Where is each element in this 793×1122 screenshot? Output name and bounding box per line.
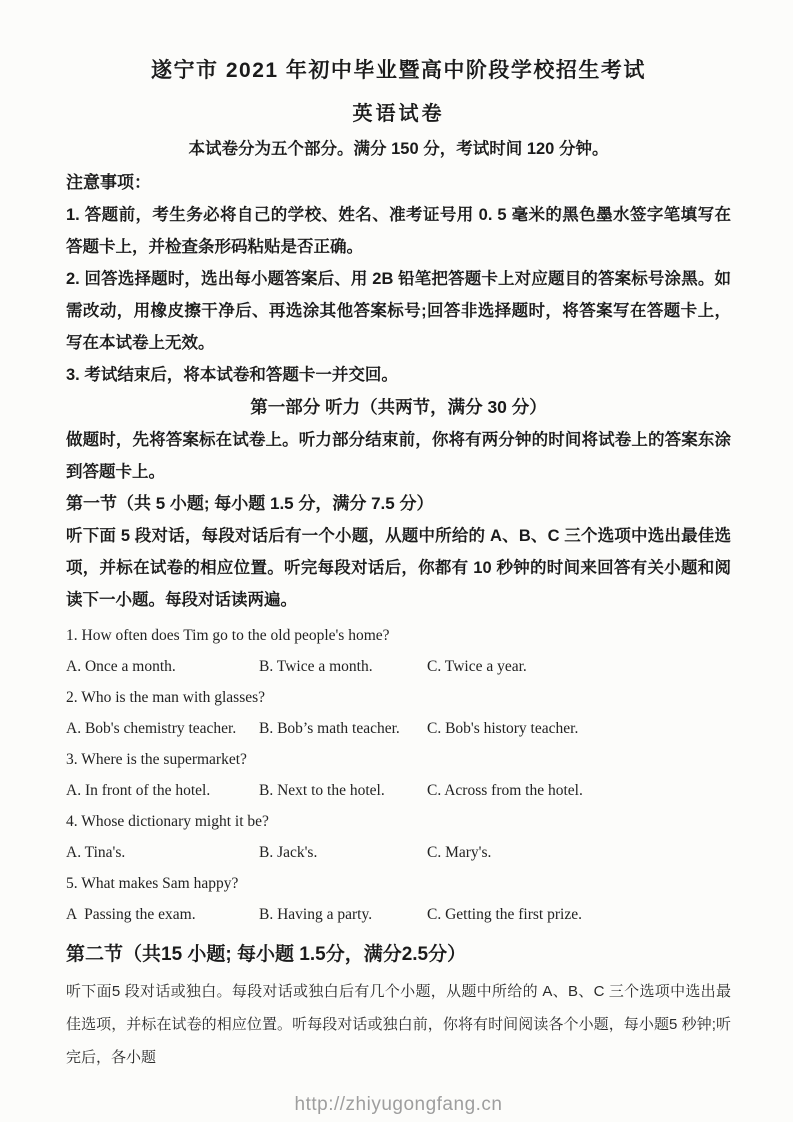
question-5-options: A Passing the exam. B. Having a party. C… <box>66 899 731 930</box>
notice-heading: 注意事项： <box>66 167 731 199</box>
question-1: 1. How often does Tim go to the old peop… <box>66 620 731 682</box>
part1-intro: 做题时，先将答案标在试卷上。听力部分结束前，你将有两分钟的时间将试卷上的答案东涂… <box>66 424 731 488</box>
question-1-options: A. Once a month. B. Twice a month. C. Tw… <box>66 651 731 682</box>
question-5-option-c: C. Getting the first prize. <box>427 899 731 930</box>
notice-item-1: 1. 答题前，考生务必将自己的学校、姓名、准考证号用 0. 5 毫米的黑色墨水签… <box>66 199 731 263</box>
question-3-option-a: A. In front of the hotel. <box>66 775 259 806</box>
watermark-url: http://zhiyugongfang.cn <box>66 1092 731 1118</box>
question-5-text: 5. What makes Sam happy? <box>66 868 731 899</box>
question-4-text: 4. Whose dictionary might it be? <box>66 806 731 837</box>
question-5-option-a: A Passing the exam. <box>66 899 259 930</box>
question-2-options: A. Bob's chemistry teacher. B. Bob’s mat… <box>66 713 731 744</box>
exam-title: 遂宁市 2021 年初中毕业暨高中阶段学校招生考试 <box>66 56 731 86</box>
notice-item-2: 2. 回答选择题时，选出每小题答案后、用 2B 铅笔把答题卡上对应题目的答案标号… <box>66 263 731 359</box>
section2-instructions: 听下面5 段对话或独白。每段对话或独白后有几个小题，从题中所给的 A、B、C 三… <box>66 975 731 1074</box>
notice-item-3: 3. 考试结束后，将本试卷和答题卡一并交回。 <box>66 359 731 391</box>
question-4-option-a: A. Tina's. <box>66 837 259 868</box>
question-1-text: 1. How often does Tim go to the old peop… <box>66 620 731 651</box>
question-3-text: 3. Where is the supermarket? <box>66 744 731 775</box>
section2-heading: 第二节（共15 小题; 每小题 1.5分，满分2.5分） <box>66 938 731 971</box>
question-5: 5. What makes Sam happy? A Passing the e… <box>66 868 731 930</box>
question-2-option-a: A. Bob's chemistry teacher. <box>66 713 259 744</box>
question-2-option-c: C. Bob's history teacher. <box>427 713 731 744</box>
question-4: 4. Whose dictionary might it be? A. Tina… <box>66 806 731 868</box>
question-4-option-c: C. Mary's. <box>427 837 731 868</box>
question-3-option-c: C. Across from the hotel. <box>427 775 731 806</box>
listening-questions: 1. How often does Tim go to the old peop… <box>66 620 731 930</box>
question-1-option-a: A. Once a month. <box>66 651 259 682</box>
section1-instructions: 听下面 5 段对话，每段对话后有一个小题，从题中所给的 A、B、C 三个选项中选… <box>66 520 731 616</box>
part1-heading: 第一部分 听力（共两节，满分 30 分） <box>66 391 731 424</box>
exam-subtitle: 英语试卷 <box>66 100 731 128</box>
question-1-option-c: C. Twice a year. <box>427 651 731 682</box>
question-2-option-b: B. Bob’s math teacher. <box>259 713 427 744</box>
question-3-options: A. In front of the hotel. B. Next to the… <box>66 775 731 806</box>
exam-paper-page: 遂宁市 2021 年初中毕业暨高中阶段学校招生考试 英语试卷 本试卷分为五个部分… <box>0 0 793 1122</box>
question-4-options: A. Tina's. B. Jack's. C. Mary's. <box>66 837 731 868</box>
question-4-option-b: B. Jack's. <box>259 837 427 868</box>
question-2: 2. Who is the man with glasses? A. Bob's… <box>66 682 731 744</box>
question-1-option-b: B. Twice a month. <box>259 651 427 682</box>
question-5-option-b: B. Having a party. <box>259 899 427 930</box>
section1-heading: 第一节（共 5 小题; 每小题 1.5 分，满分 7.5 分） <box>66 488 731 520</box>
question-3: 3. Where is the supermarket? A. In front… <box>66 744 731 806</box>
question-3-option-b: B. Next to the hotel. <box>259 775 427 806</box>
exam-summary: 本试卷分为五个部分。满分 150 分，考试时间 120 分钟。 <box>66 137 731 161</box>
question-2-text: 2. Who is the man with glasses? <box>66 682 731 713</box>
